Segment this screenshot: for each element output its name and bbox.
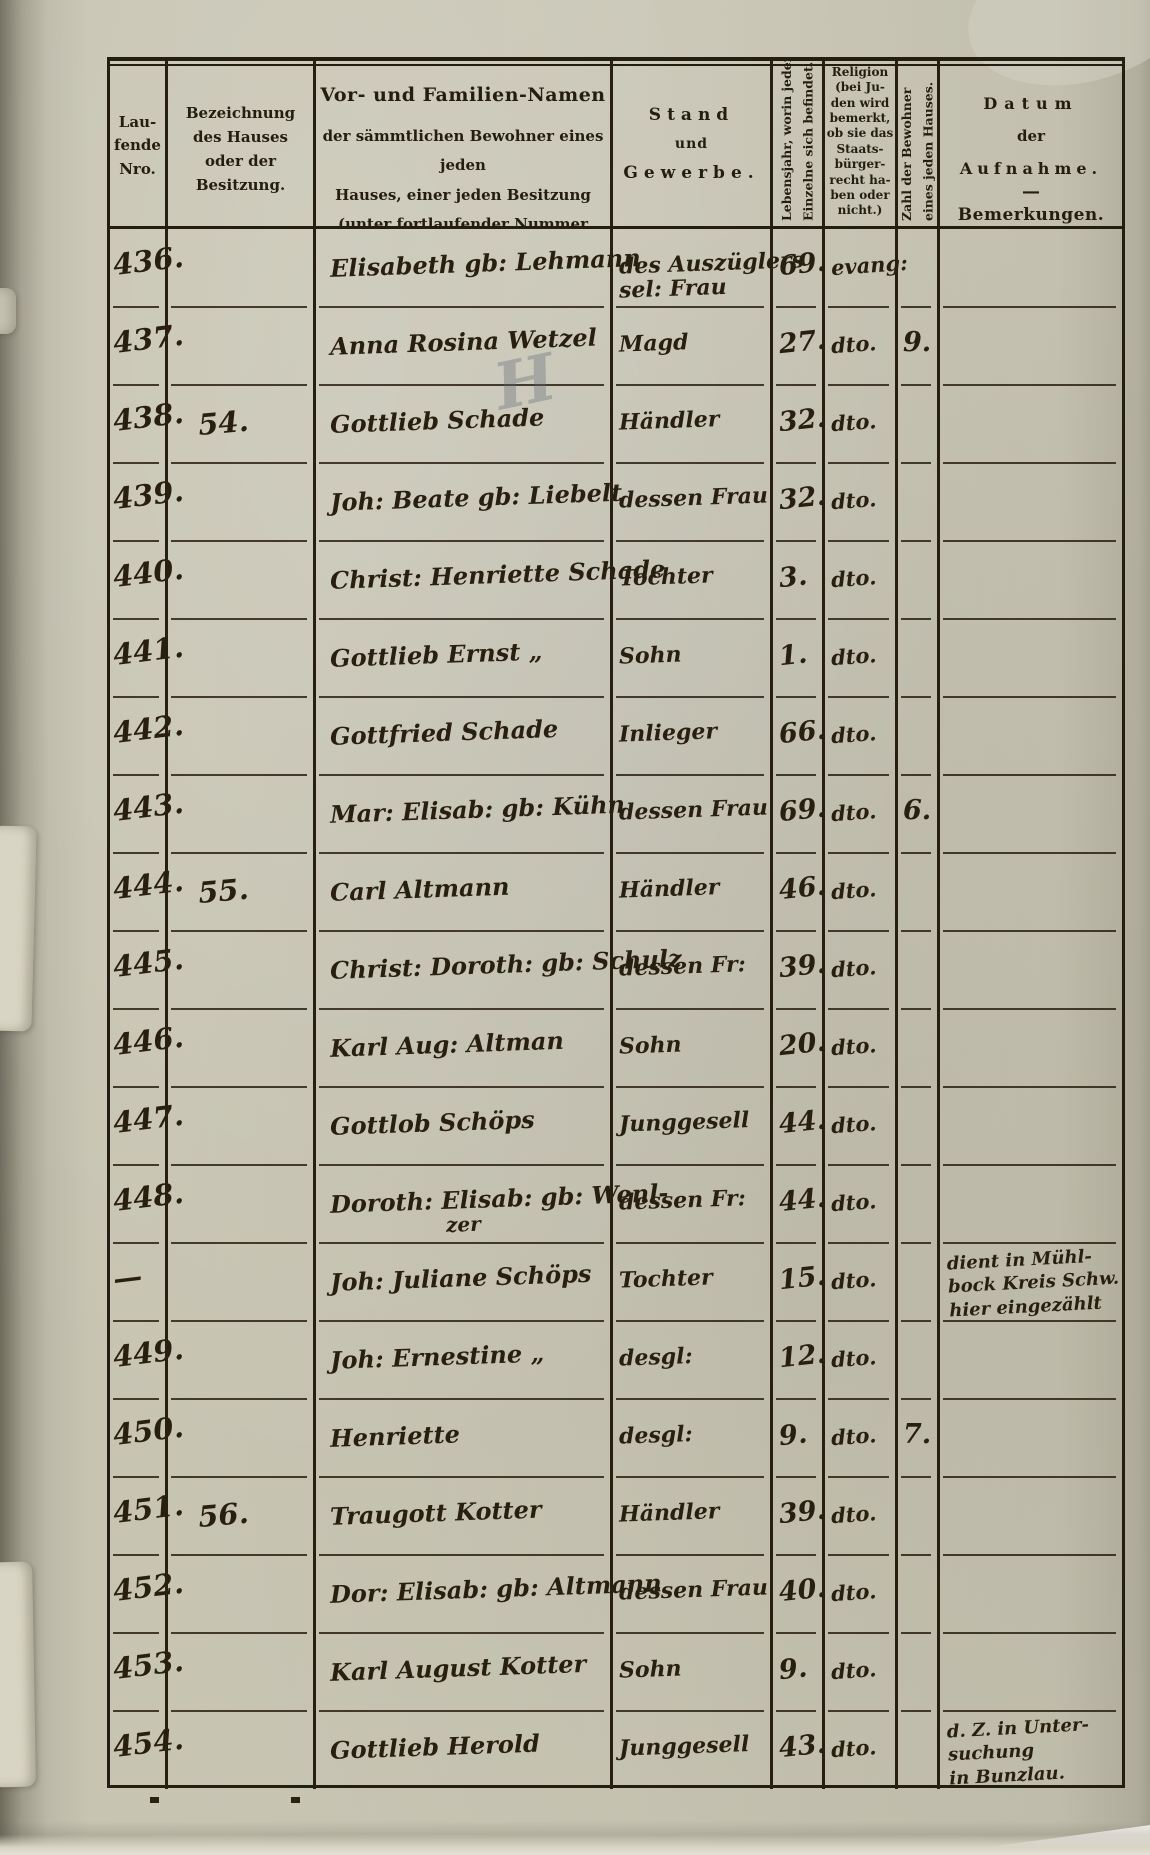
religion-value: dto.: [830, 955, 895, 981]
house-number: [198, 634, 313, 644]
remark-text: [948, 1477, 1122, 1486]
entry-number: 437.: [111, 322, 166, 359]
entry-number: 453.: [111, 1648, 166, 1685]
resident-name: Joh: Juliane Schöps: [330, 1260, 611, 1295]
table-row: 453. Karl August Kotter Sohn 9. dto.: [110, 1633, 1122, 1711]
house-number: [198, 790, 313, 800]
age-value: 44.: [778, 1107, 824, 1140]
age-value: 9.: [778, 1419, 824, 1452]
occupation: Händler: [619, 406, 771, 434]
house-number: 56.: [197, 1492, 314, 1532]
inhabitant-count: 9.: [903, 329, 937, 357]
occupation: dessen Fr:: [619, 1186, 771, 1214]
occupation: Magd: [619, 328, 771, 356]
occupation: Händler: [619, 874, 771, 902]
resident-name: Henriette: [330, 1416, 611, 1451]
house-number: [198, 946, 313, 956]
resident-name: Christ: Doroth: gb: Schulz: [330, 948, 611, 983]
age-value: 69.: [778, 249, 824, 282]
entry-number: 454.: [111, 1726, 166, 1763]
table-row: 440. Christ: Henriette Schade Tochter 3.…: [110, 541, 1122, 619]
occupation: dessen Frau: [619, 796, 771, 824]
entry-number: 438.: [111, 400, 166, 437]
remark-text: [948, 1321, 1122, 1330]
house-number: [198, 1726, 313, 1736]
resident-name: Karl August Kotter: [330, 1650, 611, 1685]
house-number: [198, 1648, 313, 1658]
religion-value: dto.: [830, 643, 895, 669]
age-value: 15.: [778, 1263, 824, 1296]
entry-number: 449.: [111, 1336, 166, 1373]
resident-name: Joh: Ernestine „: [330, 1338, 611, 1373]
remark-text: [948, 853, 1122, 862]
religion-value: dto.: [830, 1657, 895, 1683]
occupation-continued: sel: Frau: [619, 274, 771, 302]
remark-text: [948, 307, 1122, 316]
pen-tick: [150, 1797, 159, 1803]
resident-name: Anna Rosina Wetzel: [330, 324, 611, 359]
occupation: Sohn: [619, 1030, 771, 1058]
torn-edge-patch: [0, 1562, 36, 1788]
entry-number: 439.: [111, 478, 166, 515]
remark-text: [948, 541, 1122, 550]
remark-text: [948, 619, 1122, 628]
entry-number: 441.: [111, 634, 166, 671]
entry-number: 446.: [111, 1024, 166, 1061]
religion-value: dto.: [830, 1189, 895, 1215]
header-lebensjahr: Lebensjahr, worin jederEinzelne sich bef…: [770, 61, 822, 226]
remark-text: [948, 229, 1122, 238]
entry-number: 442.: [111, 712, 166, 749]
table-row: 436. Elisabeth gb: Lehmann des Auszügler…: [110, 229, 1122, 307]
entry-number: —: [111, 1258, 166, 1295]
age-value: 39.: [778, 951, 824, 984]
house-number: [198, 1336, 313, 1346]
table-row: 451. 56. Traugott Kotter Händler 39. dto…: [110, 1477, 1122, 1555]
table-row: 452. Dor: Elisab: gb: Altmann dessen Fra…: [110, 1555, 1122, 1633]
resident-name: Traugott Kotter: [330, 1494, 611, 1529]
resident-name: Dor: Elisab: gb: Altmann: [330, 1572, 611, 1607]
header-lebensjahr-text: Lebensjahr, worin jederEinzelne sich bef…: [776, 61, 819, 226]
entry-number: 451.: [111, 1492, 166, 1529]
table-row: 442. Gottfried Schade Inlieger 66. dto.: [110, 697, 1122, 775]
entry-number: 447.: [111, 1102, 166, 1139]
age-value: 32.: [778, 483, 824, 516]
occupation: Inlieger: [619, 718, 771, 746]
religion-value: dto.: [830, 877, 895, 903]
house-number: [198, 1180, 313, 1190]
remark-text: [948, 931, 1122, 940]
remark-text: [948, 1087, 1122, 1096]
house-number: 54.: [197, 400, 314, 440]
entry-number: 450.: [111, 1414, 166, 1451]
age-value: 66.: [778, 717, 824, 750]
table-row: 438. 54. Gottlieb Schade Händler 32. dto…: [110, 385, 1122, 463]
resident-name: Gottlieb Herold: [330, 1728, 611, 1763]
age-value: 9.: [778, 1653, 824, 1686]
house-number: [198, 478, 313, 488]
resident-name: Joh: Beate gb: Liebelt: [330, 480, 611, 515]
remark-text: [948, 1165, 1122, 1174]
remark-text: [948, 1555, 1122, 1564]
resident-name-continued: zer: [446, 1209, 611, 1236]
house-number: [198, 556, 313, 566]
age-value: 32.: [778, 405, 824, 438]
table-row: 443. Mar: Elisab: gb: Kühn dessen Frau 6…: [110, 775, 1122, 853]
entry-number: 444.: [111, 868, 166, 905]
resident-name: Karl Aug: Altman: [330, 1026, 611, 1061]
page-bottom-corner: [900, 1825, 1150, 1855]
remark-text: [948, 697, 1122, 706]
age-value: 20.: [778, 1029, 824, 1062]
table-row: 446. Karl Aug: Altman Sohn 20. dto.: [110, 1009, 1122, 1087]
age-value: 12.: [778, 1341, 824, 1374]
house-number: [198, 1258, 313, 1268]
pen-tick: [291, 1797, 300, 1803]
age-value: 40.: [778, 1575, 824, 1608]
house-number: [198, 1024, 313, 1034]
occupation: Tochter: [619, 562, 771, 590]
age-value: 3.: [778, 561, 824, 594]
remark-text: [948, 1633, 1122, 1642]
house-number: [198, 322, 313, 332]
remark-text: [948, 463, 1122, 472]
house-number: [198, 244, 313, 254]
torn-edge-patch: [0, 825, 37, 1031]
census-table: Lau-fendeNro. Bezeichnungdes Hausesoder …: [107, 57, 1125, 1788]
age-value: 46.: [778, 873, 824, 906]
religion-value: dto.: [830, 1345, 895, 1371]
occupation: dessen Frau: [619, 484, 771, 512]
occupation: desgl:: [619, 1420, 771, 1448]
religion-value: dto.: [830, 1501, 895, 1527]
house-number: [198, 1102, 313, 1112]
header-bezeichnung-haus: Bezeichnungdes Hausesoder derBesitzung.: [165, 61, 313, 226]
resident-name: Elisabeth gb: Lehmann: [330, 246, 611, 281]
table-row: 450. Henriette desgl: 9. dto. 7.: [110, 1399, 1122, 1477]
header-laufende-nro: Lau-fendeNro.: [110, 61, 165, 226]
torn-edge-patch: [0, 288, 16, 334]
house-number: [198, 1414, 313, 1424]
table-header: Lau-fendeNro. Bezeichnungdes Hausesoder …: [110, 61, 1122, 229]
header-stand-gewerbe: StandundGewerbe.: [610, 61, 770, 226]
age-value: 1.: [778, 639, 824, 672]
remark-text: dient in Mühl-bock Kreis Schw.hier einge…: [946, 1243, 1123, 1322]
religion-value: dto.: [830, 1735, 895, 1761]
occupation: Händler: [619, 1498, 771, 1526]
religion-value: dto.: [830, 409, 895, 435]
religion-value: dto.: [830, 799, 895, 825]
inhabitant-count: 6.: [903, 797, 937, 825]
age-value: 27.: [778, 327, 824, 360]
entry-number: 436.: [111, 244, 166, 281]
religion-value: dto.: [830, 721, 895, 747]
header-datum-bemerkungen: DatumderAufnahme.—Bemerkungen.: [937, 61, 1122, 226]
occupation: Tochter: [619, 1264, 771, 1292]
table-row: 449. Joh: Ernestine „ desgl: 12. dto.: [110, 1321, 1122, 1399]
header-namen: Vor- und Familien-Namender sämmtlichen B…: [313, 61, 610, 226]
religion-value: evang:: [830, 253, 895, 279]
table-row: 437. Anna Rosina Wetzel Magd 27. dto. 9.: [110, 307, 1122, 385]
inhabitant-count: 7.: [903, 1421, 937, 1449]
entry-number: 443.: [111, 790, 166, 827]
remark-text: [948, 775, 1122, 784]
religion-value: dto.: [830, 1111, 895, 1137]
register-page: Lau-fendeNro. Bezeichnungdes Hausesoder …: [0, 0, 1150, 1855]
remark-text: [948, 1009, 1122, 1018]
table-row: 439. Joh: Beate gb: Liebelt dessen Frau …: [110, 463, 1122, 541]
age-value: 69.: [778, 795, 824, 828]
occupation: Junggesell: [619, 1732, 771, 1760]
occupation: Sohn: [619, 1654, 771, 1682]
religion-value: dto.: [830, 1579, 895, 1605]
remark-text: [948, 385, 1122, 394]
house-number: 55.: [197, 868, 314, 908]
occupation: dessen Frau: [619, 1576, 771, 1604]
table-row: 444. 55. Carl Altmann Händler 46. dto.: [110, 853, 1122, 931]
table-row: — Joh: Juliane Schöps Tochter 15. dto. d…: [110, 1243, 1122, 1321]
entry-number: 440.: [111, 556, 166, 593]
resident-name: Gottfried Schade: [330, 714, 611, 749]
header-zahl-bewohner: Zahl der Bewohnereines jeden Hauses.: [895, 61, 937, 226]
age-value: 44.: [778, 1185, 824, 1218]
table-row: 447. Gottlob Schöps Junggesell 44. dto.: [110, 1087, 1122, 1165]
resident-name: Carl Altmann: [330, 870, 611, 905]
header-zahl-bewohner-text: Zahl der Bewohnereines jeden Hauses.: [896, 61, 937, 226]
occupation: desgl:: [619, 1342, 771, 1370]
resident-name: Gottlob Schöps: [330, 1104, 611, 1139]
occupation: dessen Fr:: [619, 952, 771, 980]
table-row: 441. Gottlieb Ernst „ Sohn 1. dto.: [110, 619, 1122, 697]
occupation: Junggesell: [619, 1108, 771, 1136]
religion-value: dto.: [830, 487, 895, 513]
religion-value: dto.: [830, 565, 895, 591]
resident-name: Christ: Henriette Schade: [330, 558, 611, 593]
table-row: 445. Christ: Doroth: gb: Schulz dessen F…: [110, 931, 1122, 1009]
religion-value: dto.: [830, 1423, 895, 1449]
house-number: [198, 1570, 313, 1580]
religion-value: dto.: [830, 331, 895, 357]
house-number: [198, 712, 313, 722]
header-religion: Religion(bei Ju-den wirdbemerkt,ob sie d…: [822, 61, 895, 226]
remark-text: [948, 1399, 1122, 1408]
entry-number: 448.: [111, 1180, 166, 1217]
age-value: 39.: [778, 1497, 824, 1530]
table-row: 448. Doroth: Elisab: gb: Wenl- zer desse…: [110, 1165, 1122, 1243]
table-body: 436. Elisabeth gb: Lehmann des Auszügler…: [110, 229, 1122, 1789]
religion-value: dto.: [830, 1267, 895, 1293]
resident-name: Gottlieb Schade: [330, 402, 611, 437]
religion-value: dto.: [830, 1033, 895, 1059]
resident-name: Gottlieb Ernst „: [330, 636, 611, 671]
entry-number: 452.: [111, 1570, 166, 1607]
age-value: 43.: [778, 1731, 824, 1764]
remark-text: d. Z. in Unter-suchungin Bunzlau.: [946, 1711, 1123, 1790]
entry-number: 445.: [111, 946, 166, 983]
table-row: 454. Gottlieb Herold Junggesell 43. dto.…: [110, 1711, 1122, 1789]
resident-name: Mar: Elisab: gb: Kühn: [330, 792, 611, 827]
occupation: Sohn: [619, 640, 771, 668]
